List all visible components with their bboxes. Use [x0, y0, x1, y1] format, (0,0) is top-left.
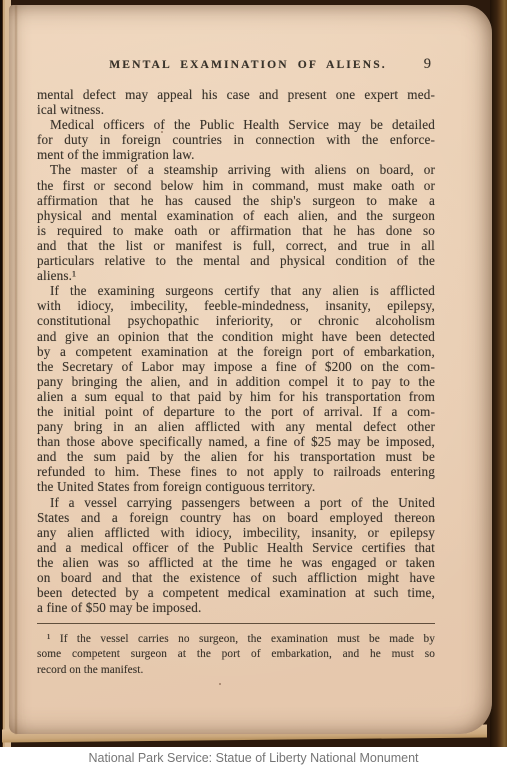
- body-paragraphs: mental defect may appeal his case and pr…: [37, 87, 435, 615]
- text-line: a fine of $50 may be imposed.: [37, 600, 435, 615]
- text-line: States and a foreign country has on boar…: [37, 510, 435, 525]
- text-line: the Secretary of Labor may impose a fine…: [37, 359, 435, 374]
- text-line: and the sum paid by the alien for his tr…: [37, 449, 435, 464]
- text-line: particulars relative to the mental and p…: [37, 253, 435, 268]
- text-line: The master of a steamship arriving with …: [37, 162, 435, 177]
- text-line: refunded to him. These fines to not appl…: [37, 464, 435, 479]
- text-line: on board and that the existence of such …: [37, 570, 435, 585]
- page-number: 9: [424, 56, 431, 73]
- text-line: any alien afflicted with idiocy, imbecil…: [37, 525, 435, 540]
- text-line: pany bring in an alien afflicted with an…: [37, 419, 435, 434]
- scanned-book-photo: MENTAL EXAMINATION OF ALIENS. 9 mental d…: [0, 0, 507, 769]
- paragraph: mental defect may appeal his case and pr…: [37, 87, 435, 117]
- text-line: with idiocy, imbecility, feeble-mindedne…: [37, 298, 435, 313]
- text-line: mental defect may appeal his case and pr…: [37, 87, 435, 102]
- text-line: Medical officers of the Public Health Se…: [37, 117, 435, 132]
- text-line: and a medical officer of the Public Heal…: [37, 540, 435, 555]
- text-line: been detected by a competent medical exa…: [37, 585, 435, 600]
- paragraph: If a vessel carrying passengers between …: [37, 495, 435, 616]
- text-line: some competent surgeon at the port of em…: [37, 647, 435, 662]
- text-line: is required to make oath or affirmation …: [37, 223, 435, 238]
- text-line: the United States from foreign contiguou…: [37, 479, 435, 494]
- text-line: pany bringing the alien, and in addition…: [37, 374, 435, 389]
- dust-speck: [161, 131, 163, 133]
- text-line: physical and mental examination of each …: [37, 208, 435, 223]
- text-line: and give an opinion that the condition m…: [37, 329, 435, 344]
- paragraph: If the examining surgeons certify that a…: [37, 283, 435, 494]
- dust-speck: [433, 519, 435, 521]
- paragraph: Medical officers of the Public Health Se…: [37, 117, 435, 162]
- text-line: and that the list or manifest is full, c…: [37, 238, 435, 253]
- text-line: the initial point of departure to the po…: [37, 404, 435, 419]
- text-line: affirmation that he has caused the ship'…: [37, 193, 435, 208]
- dust-speck: [219, 683, 221, 685]
- text-line: the first or second below him in command…: [37, 178, 435, 193]
- text-line: alien a sum equal to that paid by him fo…: [37, 389, 435, 404]
- text-line: aliens.¹: [37, 268, 435, 283]
- caption-bar: National Park Service: Statue of Liberty…: [0, 747, 507, 769]
- text-line: ment of the immigration law.: [37, 147, 435, 162]
- book-page: MENTAL EXAMINATION OF ALIENS. 9 mental d…: [9, 5, 492, 734]
- footnote-rule: [37, 623, 435, 624]
- footnote-lines: ¹ If the vessel carries no surgeon, the …: [37, 632, 435, 678]
- text-line: record on the manifest.: [37, 663, 435, 678]
- text-block: MENTAL EXAMINATION OF ALIENS. 9 mental d…: [37, 58, 435, 678]
- text-line: the alien was so afflicted at the time h…: [37, 555, 435, 570]
- text-line: If a vessel carrying passengers between …: [37, 495, 435, 510]
- text-line: than those above specifically named, a f…: [37, 434, 435, 449]
- running-head-title: MENTAL EXAMINATION OF ALIENS.: [49, 58, 447, 71]
- text-line: constitutional psychopathic inferiority,…: [37, 313, 435, 328]
- text-line: by a competent examination at the foreig…: [37, 344, 435, 359]
- text-line: If the examining surgeons certify that a…: [37, 283, 435, 298]
- caption-text: National Park Service: Statue of Liberty…: [88, 751, 418, 765]
- text-line: for duty in foreign countries in connect…: [37, 132, 435, 147]
- text-line: ¹ If the vessel carries no surgeon, the …: [37, 632, 435, 647]
- text-line: ical witness.: [37, 102, 435, 117]
- paragraph: The master of a steamship arriving with …: [37, 162, 435, 283]
- book-cover-right-edge: [490, 0, 507, 747]
- page-header: MENTAL EXAMINATION OF ALIENS. 9: [37, 58, 435, 74]
- book-photo: MENTAL EXAMINATION OF ALIENS. 9 mental d…: [0, 0, 507, 747]
